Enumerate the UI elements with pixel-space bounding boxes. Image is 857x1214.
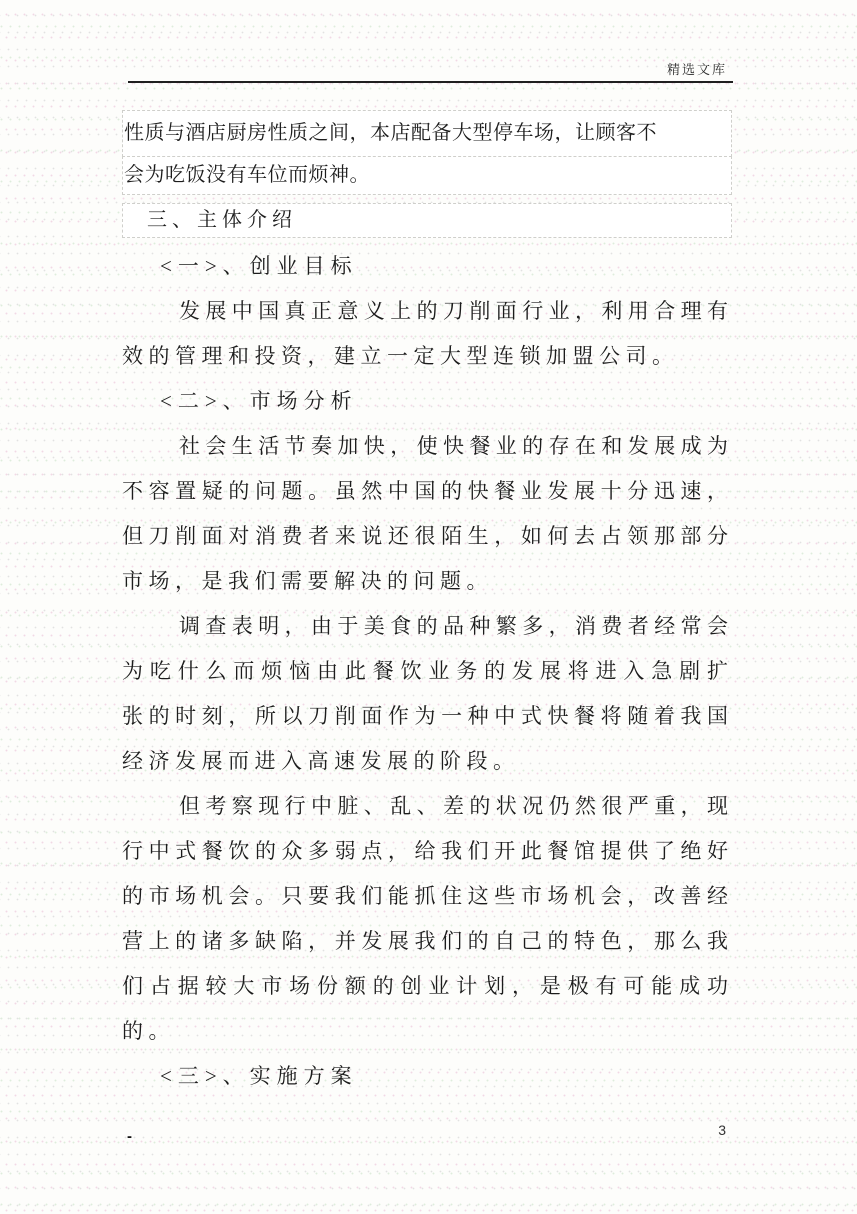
page-number: 3 (0, 1122, 726, 1138)
header-watermark: 精选文库 (0, 59, 727, 78)
header-rule (128, 81, 733, 83)
text-line: 的。 (122, 1009, 732, 1054)
text-line: 会为吃饭没有车位而烦神。 (122, 156, 732, 195)
text-line: <二>、市场分析 (122, 379, 732, 424)
text-line: 行中式餐饮的众多弱点，给我们开此餐馆提供了绝好 (122, 829, 732, 874)
text-line: <一>、创业目标 (122, 244, 732, 289)
text-line: 不容置疑的问题。虽然中国的快餐业发展十分迅速， (122, 469, 732, 514)
text-line: 社会生活节奏加快，使快餐业的存在和发展成为 (122, 424, 732, 469)
text-line: 经济发展而进入高速发展的阶段。 (122, 739, 732, 784)
text-line: 为吃什么而烦恼由此餐饮业务的发展将进入急剧扩 (122, 649, 732, 694)
document-page: 精选文库 性质与酒店厨房性质之间，本店配备大型停车场，让顾客不会为吃饭没有车位而… (0, 0, 857, 1214)
text-line: 但考察现行中脏、乱、差的状况仍然很严重，现 (122, 784, 732, 829)
text-line: 张的时刻，所以刀削面作为一种中式快餐将随着我国 (122, 694, 732, 739)
text-line: 性质与酒店厨房性质之间，本店配备大型停车场，让顾客不 (122, 110, 732, 157)
text-line: 调查表明，由于美食的品种繁多，消费者经常会 (122, 604, 732, 649)
text-line: 效的管理和投资，建立一定大型连锁加盟公司。 (122, 334, 732, 379)
text-line: 但刀削面对消费者来说还很陌生，如何去占领那部分 (122, 514, 732, 559)
text-line: 三、主体介绍 (122, 203, 732, 238)
text-line: <三>、实施方案 (122, 1054, 732, 1099)
text-line: 营上的诸多缺陷，并发展我们的自己的特色，那么我 (122, 919, 732, 964)
text-line: 们占据较大市场份额的创业计划，是极有可能成功 (122, 964, 732, 1009)
text-line: 的市场机会。只要我们能抓住这些市场机会，改善经 (122, 874, 732, 919)
document-body: 性质与酒店厨房性质之间，本店配备大型停车场，让顾客不会为吃饭没有车位而烦神。三、… (122, 110, 732, 1099)
text-line: 市场，是我们需要解决的问题。 (122, 559, 732, 604)
text-line: 发展中国真正意义上的刀削面行业，利用合理有 (122, 289, 732, 334)
